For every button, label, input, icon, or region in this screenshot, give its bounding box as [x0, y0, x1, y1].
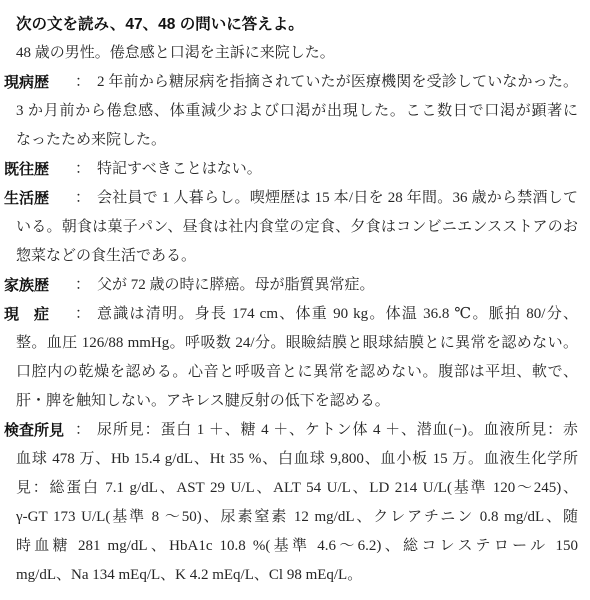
present-illness-line-2: 3 か月前から倦怠感、体重減少および口渇が出現した。ここ数日で口渇が顕著に	[4, 97, 578, 126]
lab-findings-text-6: mg/dL、Na 134 mEq/L、K 4.2 mEq/L、Cl 98 mEq…	[16, 561, 578, 590]
social-history-text-1: 会社員で 1 人暮らし。喫煙歴は 15 本/日を 28 年間。36 歳から禁酒し…	[97, 184, 578, 213]
social-history-text-2: いる。朝食は菓子パン、昼食は社内食堂の定食、夕食はコンビニエンスストアのお	[16, 213, 578, 242]
lab-findings-label: 検査所見	[4, 416, 68, 445]
social-history-label: 生活歴	[4, 184, 68, 213]
family-history-text: 父が 72 歳の時に膵癌。母が脂質異常症。	[97, 271, 578, 300]
present-illness-line-1: 現病歴 ： 2 年前から糖尿病を指摘されていたが医療機関を受診していなかった。	[4, 68, 578, 97]
physical-exam-text-1: 意識は清明。身長 174 cm、体重 90 kg。体温 36.8 ℃。脈拍 80…	[97, 300, 578, 329]
past-history-line: 既往歴 ： 特記すべきことはない。	[4, 155, 578, 184]
label-colon: ：	[68, 68, 97, 97]
lab-findings-line-1: 検査所見 ： 尿所見：蛋白 1 ＋、糖 4 ＋、ケトン体 4 ＋、潜血(−)。血…	[4, 416, 578, 445]
family-history-label: 家族歴	[4, 271, 68, 300]
social-history-line-2: いる。朝食は菓子パン、昼食は社内食堂の定食、夕食はコンビニエンスストアのお	[4, 213, 578, 242]
physical-exam-line-4: 肝・脾を触知しない。アキレス腱反射の低下を認める。	[4, 387, 578, 416]
physical-exam-label: 現 症	[4, 300, 68, 329]
social-history-line-3: 惣菜などの食生活である。	[4, 242, 578, 271]
lab-findings-text-5: 時血糖 281 mg/dL、HbA1c 10.8 %(基準 4.6～6.2)、総…	[16, 532, 578, 561]
physical-exam-line-3: 口腔内の乾燥を認める。心音と呼吸音とに異常を認めない。腹部は平坦、軟で、	[4, 358, 578, 387]
lab-findings-text-1: 尿所見：蛋白 1 ＋、糖 4 ＋、ケトン体 4 ＋、潜血(−)。血液所見：赤	[97, 416, 578, 445]
label-colon: ：	[68, 184, 97, 213]
lab-findings-text-3: 見：総蛋白 7.1 g/dL、AST 29 U/L、ALT 54 U/L、LD …	[16, 474, 578, 503]
chief-complaint-text: 48 歳の男性。倦怠感と口渇を主訴に来院した。	[16, 39, 578, 68]
social-history-text-3: 惣菜などの食生活である。	[16, 242, 578, 271]
label-colon: ：	[68, 271, 97, 300]
lab-findings-line-6: mg/dL、Na 134 mEq/L、K 4.2 mEq/L、Cl 98 mEq…	[4, 561, 578, 590]
lab-findings-line-3: 見：総蛋白 7.1 g/dL、AST 29 U/L、ALT 54 U/L、LD …	[4, 474, 578, 503]
lab-findings-line-2: 血球 478 万、Hb 15.4 g/dL、Ht 35 %、白血球 9,800、…	[4, 445, 578, 474]
lab-findings-line-5: 時血糖 281 mg/dL、HbA1c 10.8 %(基準 4.6～6.2)、総…	[4, 532, 578, 561]
past-history-text: 特記すべきことはない。	[97, 155, 578, 184]
physical-exam-line-2: 整。血圧 126/88 mmHg。呼吸数 24/分。眼瞼結膜と眼球結膜とに異常を…	[4, 329, 578, 358]
label-colon: ：	[68, 155, 97, 184]
lab-findings-line-4: γ-GT 173 U/L(基準 8 ～50)、尿素窒素 12 mg/dL、クレア…	[4, 503, 578, 532]
present-illness-text-3: なったため来院した。	[16, 126, 578, 155]
label-colon: ：	[68, 300, 97, 329]
social-history-line-1: 生活歴 ： 会社員で 1 人暮らし。喫煙歴は 15 本/日を 28 年間。36 …	[4, 184, 578, 213]
chief-complaint-line: 48 歳の男性。倦怠感と口渇を主訴に来院した。	[4, 39, 578, 68]
question-instruction-line: 次の文を読み、47、48 の問いに答えよ。	[4, 10, 578, 39]
present-illness-label: 現病歴	[4, 68, 68, 97]
physical-exam-text-3: 口腔内の乾燥を認める。心音と呼吸音とに異常を認めない。腹部は平坦、軟で、	[16, 358, 578, 387]
exam-case-page: 次の文を読み、47、48 の問いに答えよ。 48 歳の男性。倦怠感と口渇を主訴に…	[0, 0, 590, 600]
physical-exam-line-1: 現 症 ： 意識は清明。身長 174 cm、体重 90 kg。体温 36.8 ℃…	[4, 300, 578, 329]
lab-findings-text-2: 血球 478 万、Hb 15.4 g/dL、Ht 35 %、白血球 9,800、…	[16, 445, 578, 474]
past-history-label: 既往歴	[4, 155, 68, 184]
present-illness-text-2: 3 か月前から倦怠感、体重減少および口渇が出現した。ここ数日で口渇が顕著に	[16, 97, 578, 126]
label-colon: ：	[68, 416, 97, 445]
question-instruction-text: 次の文を読み、47、48 の問いに答えよ。	[16, 10, 578, 39]
present-illness-line-3: なったため来院した。	[4, 126, 578, 155]
physical-exam-text-2: 整。血圧 126/88 mmHg。呼吸数 24/分。眼瞼結膜と眼球結膜とに異常を…	[16, 329, 578, 358]
family-history-line: 家族歴 ： 父が 72 歳の時に膵癌。母が脂質異常症。	[4, 271, 578, 300]
lab-findings-text-4: γ-GT 173 U/L(基準 8 ～50)、尿素窒素 12 mg/dL、クレア…	[16, 503, 578, 532]
physical-exam-text-4: 肝・脾を触知しない。アキレス腱反射の低下を認める。	[16, 387, 578, 416]
present-illness-text-1: 2 年前から糖尿病を指摘されていたが医療機関を受診していなかった。	[97, 68, 578, 97]
